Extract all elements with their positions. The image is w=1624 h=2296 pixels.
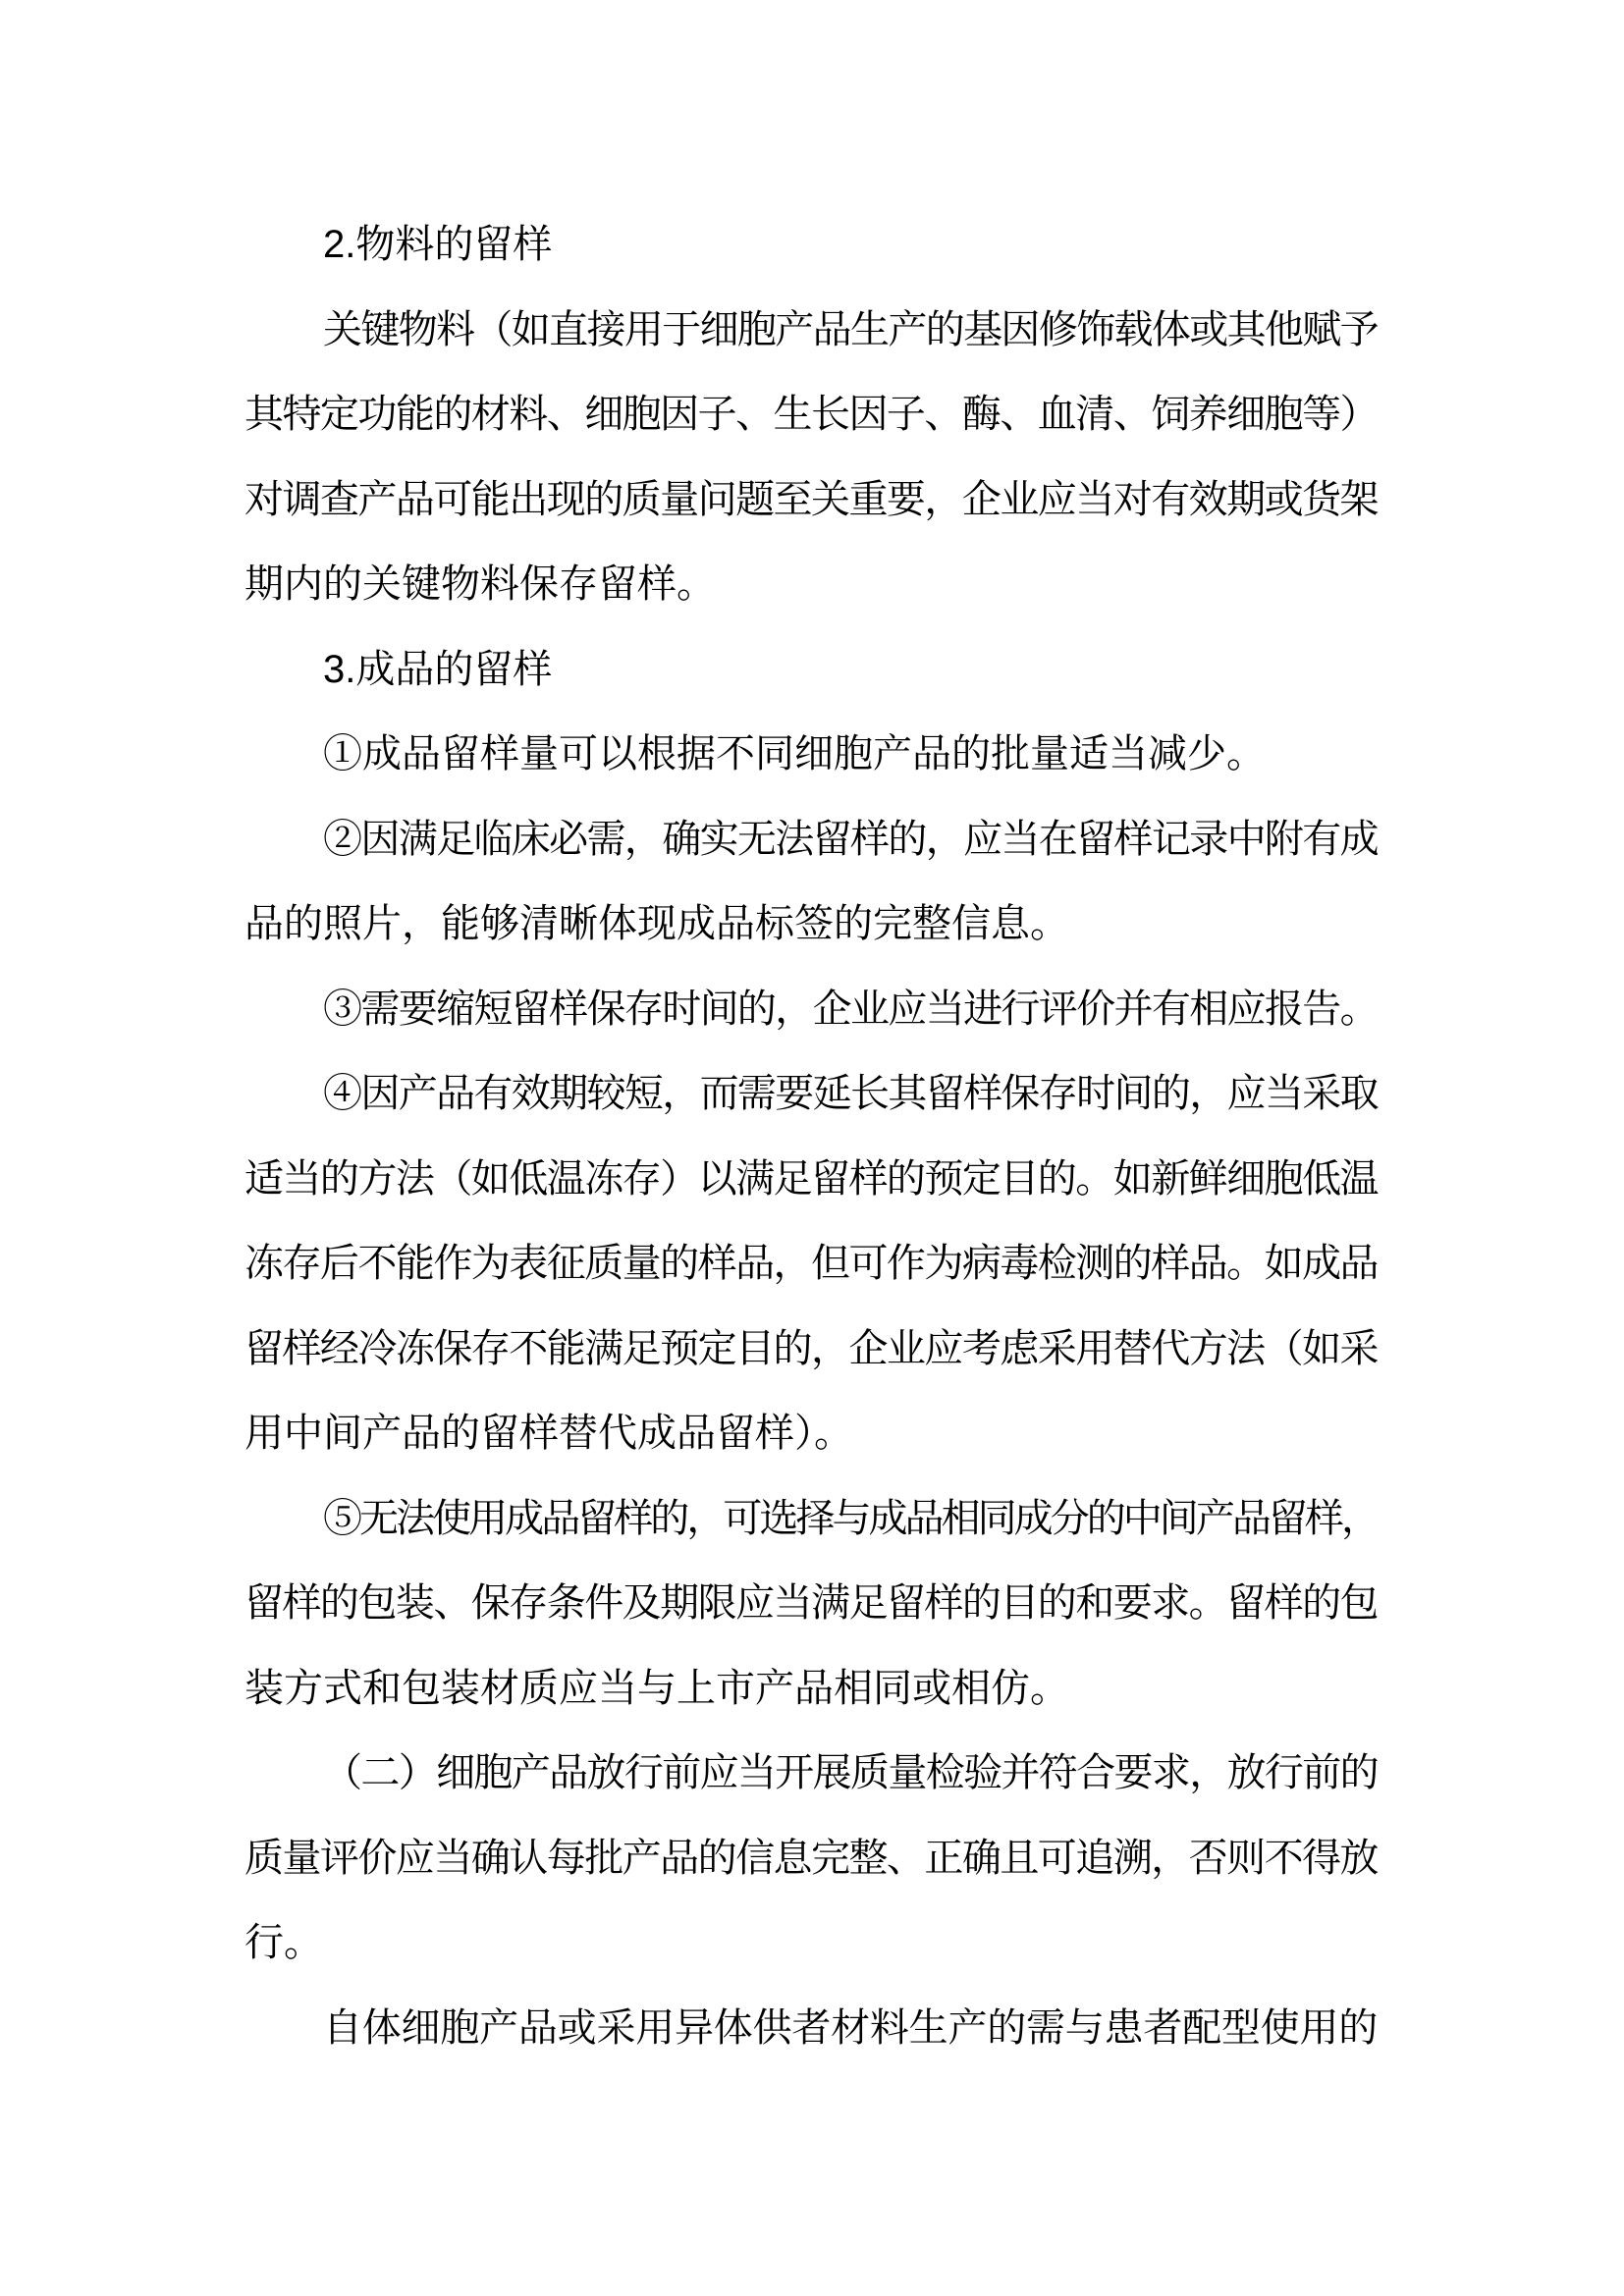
text-line-content: 对调查产品可能出现的质量问题至关重要，企业应当对有效期或货架 (244, 457, 1378, 543)
text-line-content: 装方式和包装材质应当与上市产品相同或相仿。 (244, 1646, 1069, 1732)
text-line: ③需要缩短留样保存时间的，企业应当进行评价并有相应报告。 (244, 967, 1378, 1052)
text-line: 留样的包装、保存条件及期限应当满足留样的目的和要求。留样的包 (244, 1561, 1378, 1646)
text-line-content: 用中间产品的留样替代成品留样）。 (244, 1391, 853, 1476)
text-line: 其特定功能的材料、细胞因子、生长因子、酶、血清、饲养细胞等） (244, 372, 1378, 457)
text-line-content: 自体细胞产品或采用异体供者材料生产的需与患者配型使用的 (323, 1986, 1378, 2071)
text-line-content: 留样经冷冻保存不能满足预定目的，企业应考虑采用替代方法（如采 (244, 1307, 1378, 1392)
text-line-content: 行。 (244, 1900, 323, 1986)
text-line-content: 质量评价应当确认每批产品的信息完整、正确且可追溯，否则不得放 (244, 1816, 1378, 1901)
text-line: 关键物料（如直接用于细胞产品生产的基因修饰载体或其他赋予 (244, 288, 1378, 373)
text-block: 2.物料的留样关键物料（如直接用于细胞产品生产的基因修饰载体或其他赋予其特定功能… (244, 202, 1378, 2070)
text-line-content: 期内的关键物料保存留样。 (244, 542, 716, 627)
text-line: 冻存后不能作为表征质量的样品，但可作为病毒检测的样品。如成品 (244, 1221, 1378, 1307)
text-line: 适当的方法（如低温冻存）以满足留样的预定目的。如新鲜细胞低温 (244, 1137, 1378, 1222)
text-line-content: 留样的包装、保存条件及期限应当满足留样的目的和要求。留样的包 (244, 1561, 1378, 1646)
text-line: 留样经冷冻保存不能满足预定目的，企业应考虑采用替代方法（如采 (244, 1307, 1378, 1392)
text-line-content: 品的照片，能够清晰体现成品标签的完整信息。 (244, 881, 1069, 967)
text-line-content: （二）细胞产品放行前应当开展质量检验并符合要求，放行前的 (323, 1731, 1378, 1816)
text-line: 2.物料的留样 (244, 202, 1378, 288)
text-line-content: 其特定功能的材料、细胞因子、生长因子、酶、血清、饲养细胞等） (244, 372, 1378, 457)
text-line: 装方式和包装材质应当与上市产品相同或相仿。 (244, 1646, 1378, 1732)
text-line: （二）细胞产品放行前应当开展质量检验并符合要求，放行前的 (244, 1731, 1378, 1816)
text-line: 对调查产品可能出现的质量问题至关重要，企业应当对有效期或货架 (244, 457, 1378, 543)
text-line: ②因满足临床必需，确实无法留样的，应当在留样记录中附有成 (244, 797, 1378, 882)
text-line-content: 适当的方法（如低温冻存）以满足留样的预定目的。如新鲜细胞低温 (244, 1137, 1378, 1222)
text-line-content: ③需要缩短留样保存时间的，企业应当进行评价并有相应报告。 (323, 967, 1378, 1052)
document-page: 2.物料的留样关键物料（如直接用于细胞产品生产的基因修饰载体或其他赋予其特定功能… (0, 0, 1624, 2296)
text-line-content: ④因产品有效期较短，而需要延长其留样保存时间的，应当采取 (323, 1051, 1378, 1137)
text-line: 3.成品的留样 (244, 627, 1378, 713)
text-line: ①成品留样量可以根据不同细胞产品的批量适当减少。 (244, 712, 1378, 797)
text-line-content: ①成品留样量可以根据不同细胞产品的批量适当减少。 (323, 712, 1266, 797)
text-line: 质量评价应当确认每批产品的信息完整、正确且可追溯，否则不得放 (244, 1816, 1378, 1901)
text-line: 品的照片，能够清晰体现成品标签的完整信息。 (244, 881, 1378, 967)
text-line: ④因产品有效期较短，而需要延长其留样保存时间的，应当采取 (244, 1051, 1378, 1137)
text-line-content: ⑤无法使用成品留样的，可选择与成品相同成分的中间产品留样， (323, 1476, 1378, 1562)
text-line-content: 冻存后不能作为表征质量的样品，但可作为病毒检测的样品。如成品 (244, 1221, 1378, 1307)
text-line-content: 3.成品的留样 (323, 627, 552, 713)
text-line-content: 2.物料的留样 (323, 202, 552, 288)
text-line: 用中间产品的留样替代成品留样）。 (244, 1391, 1378, 1476)
text-line-content: ②因满足临床必需，确实无法留样的，应当在留样记录中附有成 (323, 797, 1378, 882)
text-line-content: 关键物料（如直接用于细胞产品生产的基因修饰载体或其他赋予 (323, 288, 1378, 373)
text-line: 行。 (244, 1900, 1378, 1986)
text-line: 期内的关键物料保存留样。 (244, 542, 1378, 627)
text-line: ⑤无法使用成品留样的，可选择与成品相同成分的中间产品留样， (244, 1476, 1378, 1562)
text-line: 自体细胞产品或采用异体供者材料生产的需与患者配型使用的 (244, 1986, 1378, 2071)
